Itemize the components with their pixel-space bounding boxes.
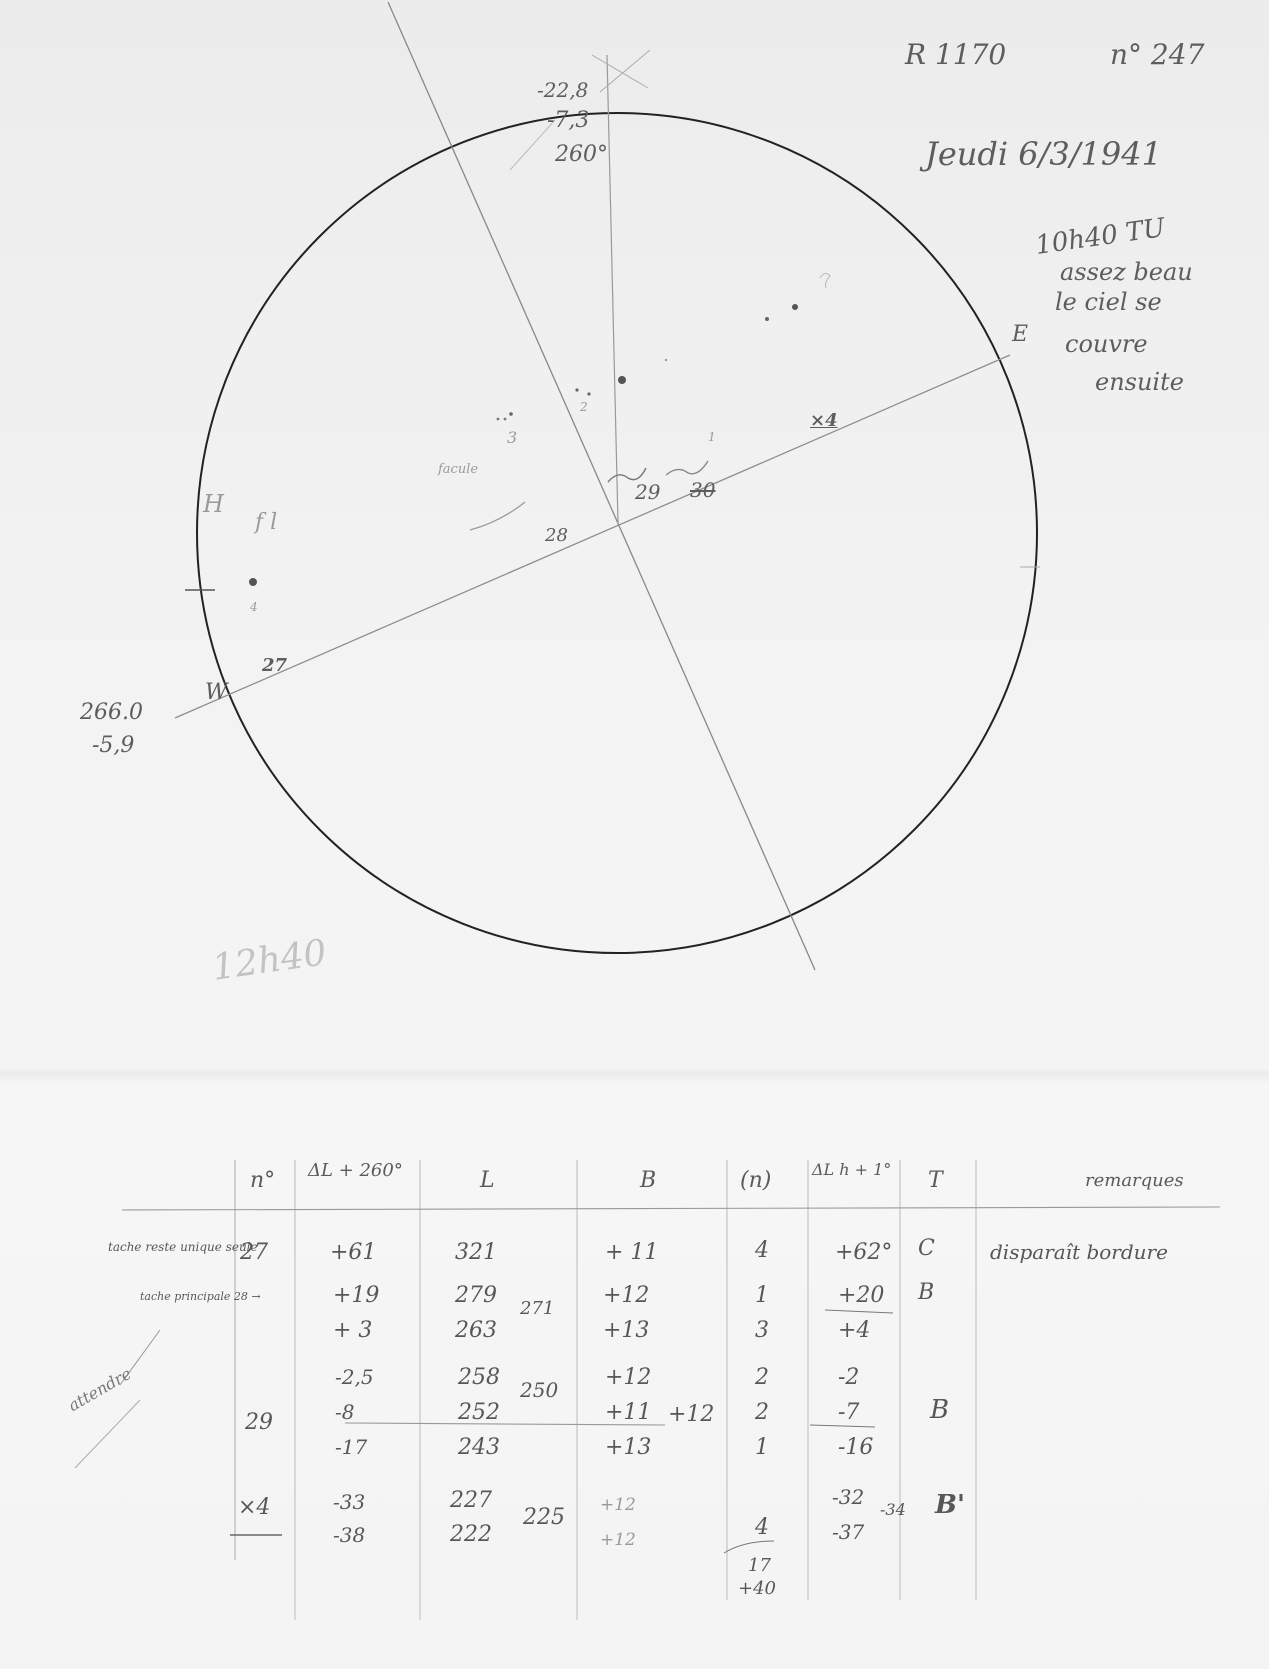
row-29-B-mean: +12 xyxy=(668,1402,714,1427)
row-28-L-2: 263 xyxy=(455,1318,497,1343)
row-x4-L-1: 227 xyxy=(450,1488,492,1513)
row-x4-n: 4 xyxy=(755,1515,769,1540)
row-28-dLh-2: +4 xyxy=(838,1318,870,1343)
row-29-dLh-3: -16 xyxy=(838,1435,873,1460)
row-27-dLh: +62° xyxy=(835,1240,892,1265)
row-x4-dLh-1: -32 xyxy=(832,1485,864,1509)
row-27-remark: disparaît bordure xyxy=(990,1240,1168,1264)
header-T: T xyxy=(928,1168,943,1193)
row-29-L-2: 252 xyxy=(458,1400,500,1425)
row-29-L-1: 258 xyxy=(458,1365,500,1390)
header-remarks: remarques xyxy=(1085,1170,1184,1191)
row-29-n-1: 2 xyxy=(755,1365,769,1390)
n-total: 17 xyxy=(748,1555,771,1576)
row-28-L-mean: 271 xyxy=(520,1298,554,1319)
row-28-n-1: 1 xyxy=(755,1283,769,1308)
row-x4-B-1: +12 xyxy=(600,1495,636,1515)
row-x4-L-2: 222 xyxy=(450,1522,492,1547)
header-n: (n) xyxy=(740,1168,771,1193)
row-29-B-3: +13 xyxy=(605,1435,651,1460)
row-28-n-2: 3 xyxy=(755,1318,769,1343)
row-x4-dL-1: -33 xyxy=(333,1490,365,1514)
row-29-n-3: 1 xyxy=(755,1435,769,1460)
row-29-dL-3: -17 xyxy=(335,1435,367,1459)
header-no: n° xyxy=(250,1168,275,1193)
row-28-side-note: tache principale 28 → xyxy=(140,1290,261,1303)
row-29-dLh-2: -7 xyxy=(838,1400,859,1425)
n-total-plus: +40 xyxy=(738,1578,776,1599)
row-27-B: + 11 xyxy=(605,1240,658,1265)
row-28-dLh-1: +20 xyxy=(838,1283,884,1308)
header-L: L xyxy=(480,1168,495,1193)
row-27-T: C xyxy=(918,1236,935,1261)
row-29-B-2: +11 xyxy=(605,1400,651,1425)
row-x4-no: ×4 xyxy=(238,1495,270,1520)
row-x4-L-mean: 225 xyxy=(523,1505,565,1530)
row-28-dL-2: + 3 xyxy=(333,1318,372,1343)
row-x4-dLh-2: -37 xyxy=(832,1520,864,1544)
row-28-B-2: +13 xyxy=(603,1318,649,1343)
row-27-dL: +61 xyxy=(330,1240,376,1265)
row-29-n-2: 2 xyxy=(755,1400,769,1425)
header-delta-Lh: ΔL h + 1° xyxy=(812,1160,891,1179)
row-28-dL-1: +19 xyxy=(333,1283,379,1308)
row-27-L: 321 xyxy=(455,1240,497,1265)
row-x4-T: B' xyxy=(935,1490,965,1520)
row-28-L-1: 279 xyxy=(455,1283,497,1308)
header-B: B xyxy=(640,1168,656,1193)
row-29-T: B xyxy=(930,1395,949,1425)
row-29-B-1: +12 xyxy=(605,1365,651,1390)
row-29-L-mean: 250 xyxy=(520,1378,558,1402)
header-delta-L: ΔL + 260° xyxy=(308,1160,403,1181)
row-27-side-note: tache reste unique seule xyxy=(108,1240,258,1254)
row-x4-dLh-mean: -34 xyxy=(880,1500,906,1519)
row-29-L-3: 243 xyxy=(458,1435,500,1460)
row-28-T: B xyxy=(918,1280,934,1305)
row-28-B-1: +12 xyxy=(603,1283,649,1308)
row-29-dLh-1: -2 xyxy=(838,1365,859,1390)
row-29-dL-1: -2,5 xyxy=(335,1365,374,1389)
row-29-dL-2: -8 xyxy=(335,1400,354,1424)
row-27-no: 27 xyxy=(240,1240,268,1265)
row-27-n: 4 xyxy=(755,1238,769,1263)
row-x4-B-2: +12 xyxy=(600,1530,636,1550)
row-29-no: 29 xyxy=(245,1410,273,1435)
row-x4-dL-2: -38 xyxy=(333,1523,365,1547)
